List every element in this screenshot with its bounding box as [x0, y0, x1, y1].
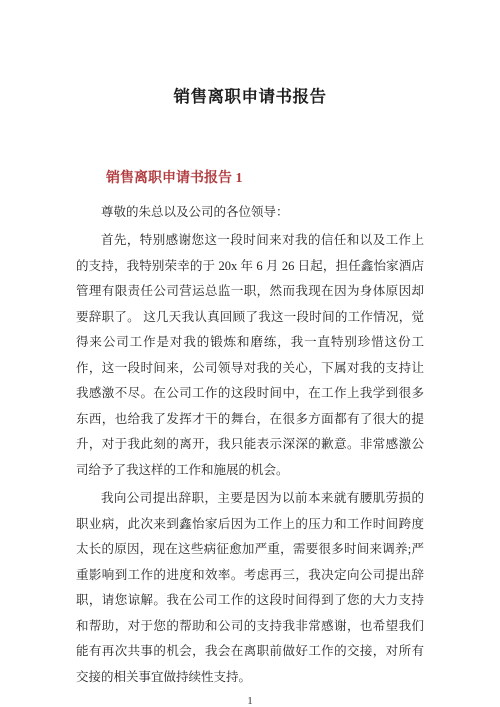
section-heading: 销售离职申请书报告 1 [106, 170, 424, 188]
document-title: 销售离职申请书报告 [76, 0, 424, 107]
greeting-line: 尊敬的朱总以及公司的各位领导： [76, 200, 424, 225]
body-paragraph-1: 首先，特别感谢您这一段时间来对我的信任和以及工作上的支持，我特别荣幸的于 20x… [76, 228, 424, 483]
document-page: 销售离职申请书报告 销售离职申请书报告 1 尊敬的朱总以及公司的各位领导： 首先… [0, 0, 500, 707]
body-paragraph-2: 我向公司提出辞职，主要是因为以前本来就有腰肌劳损的职业病，此次来到鑫怡家后因为工… [76, 486, 424, 690]
page-number: 1 [76, 694, 424, 707]
